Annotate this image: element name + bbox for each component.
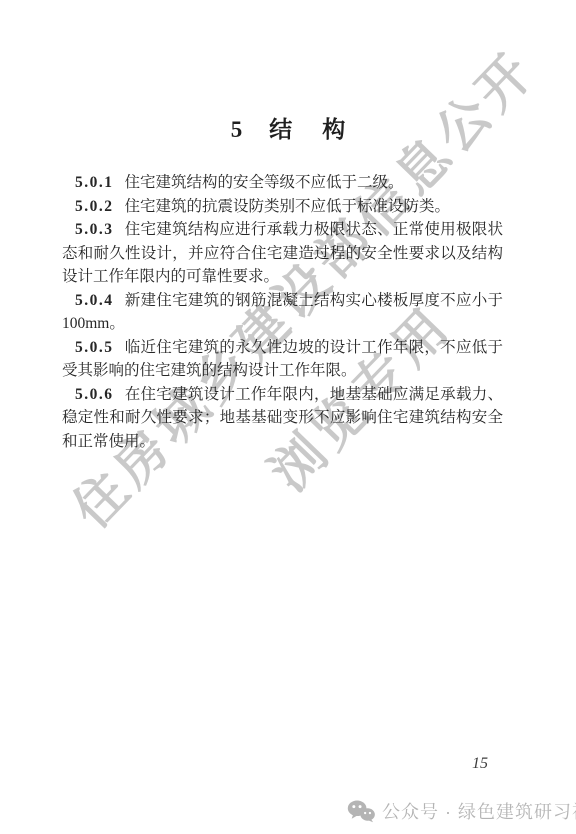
clause-text: 新建住宅建筑的钢筋混凝土结构实心楼板厚度不应小于 100mm。 <box>62 292 503 333</box>
clause-number: 5.0.4 <box>75 292 125 309</box>
clause-text: 在住宅建筑设计工作年限内，地基基础应满足承载力、稳定性和耐久性要求；地基基础变形… <box>62 386 503 450</box>
clause-number: 5.0.5 <box>75 339 125 356</box>
clause-number: 5.0.1 <box>75 174 125 191</box>
clause-5-0-2: 5.0.2住宅建筑的抗震设防类别不应低于标准设防类。 <box>62 195 503 219</box>
chapter-title-char-1: 结 <box>269 111 292 144</box>
footer-account-label: 公众号 · 绿色建筑研习社 <box>382 798 576 824</box>
clause-5-0-6: 5.0.6在住宅建筑设计工作年限内，地基基础应满足承载力、稳定性和耐久性要求；地… <box>62 383 503 454</box>
document-page: 住房城乡建设部信息公开 浏览专用 5 结 构 5.0.1住宅建筑结构的安全等级不… <box>0 0 576 834</box>
clause-5-0-4: 5.0.4新建住宅建筑的钢筋混凝土结构实心楼板厚度不应小于 100mm。 <box>62 289 503 336</box>
chapter-number: 5 <box>231 117 243 143</box>
clause-list: 5.0.1住宅建筑结构的安全等级不应低于二级。 5.0.2住宅建筑的抗震设防类别… <box>62 171 503 453</box>
chapter-title-char-2: 构 <box>322 111 345 144</box>
footer-wechat-badge: 公众号 · 绿色建筑研习社 <box>347 798 576 824</box>
clause-text: 住宅建筑结构的安全等级不应低于二级。 <box>125 174 404 191</box>
chapter-title: 5 结 构 <box>0 111 576 144</box>
clause-5-0-1: 5.0.1住宅建筑结构的安全等级不应低于二级。 <box>62 171 503 195</box>
clause-5-0-3: 5.0.3住宅建筑结构应进行承载力极限状态、正常使用极限状态和耐久性设计，并应符… <box>62 218 503 289</box>
clause-number: 5.0.2 <box>75 198 125 215</box>
page-number: 15 <box>472 755 488 773</box>
wechat-icon <box>347 799 375 823</box>
clause-text: 临近住宅建筑的永久性边坡的设计工作年限，不应低于受其影响的住宅建筑的结构设计工作… <box>62 339 503 380</box>
clause-text: 住宅建筑结构应进行承载力极限状态、正常使用极限状态和耐久性设计，并应符合住宅建造… <box>62 221 503 285</box>
clause-text: 住宅建筑的抗震设防类别不应低于标准设防类。 <box>125 198 451 215</box>
clause-5-0-5: 5.0.5临近住宅建筑的永久性边坡的设计工作年限，不应低于受其影响的住宅建筑的结… <box>62 336 503 383</box>
clause-number: 5.0.3 <box>75 221 125 238</box>
clause-number: 5.0.6 <box>75 386 125 403</box>
